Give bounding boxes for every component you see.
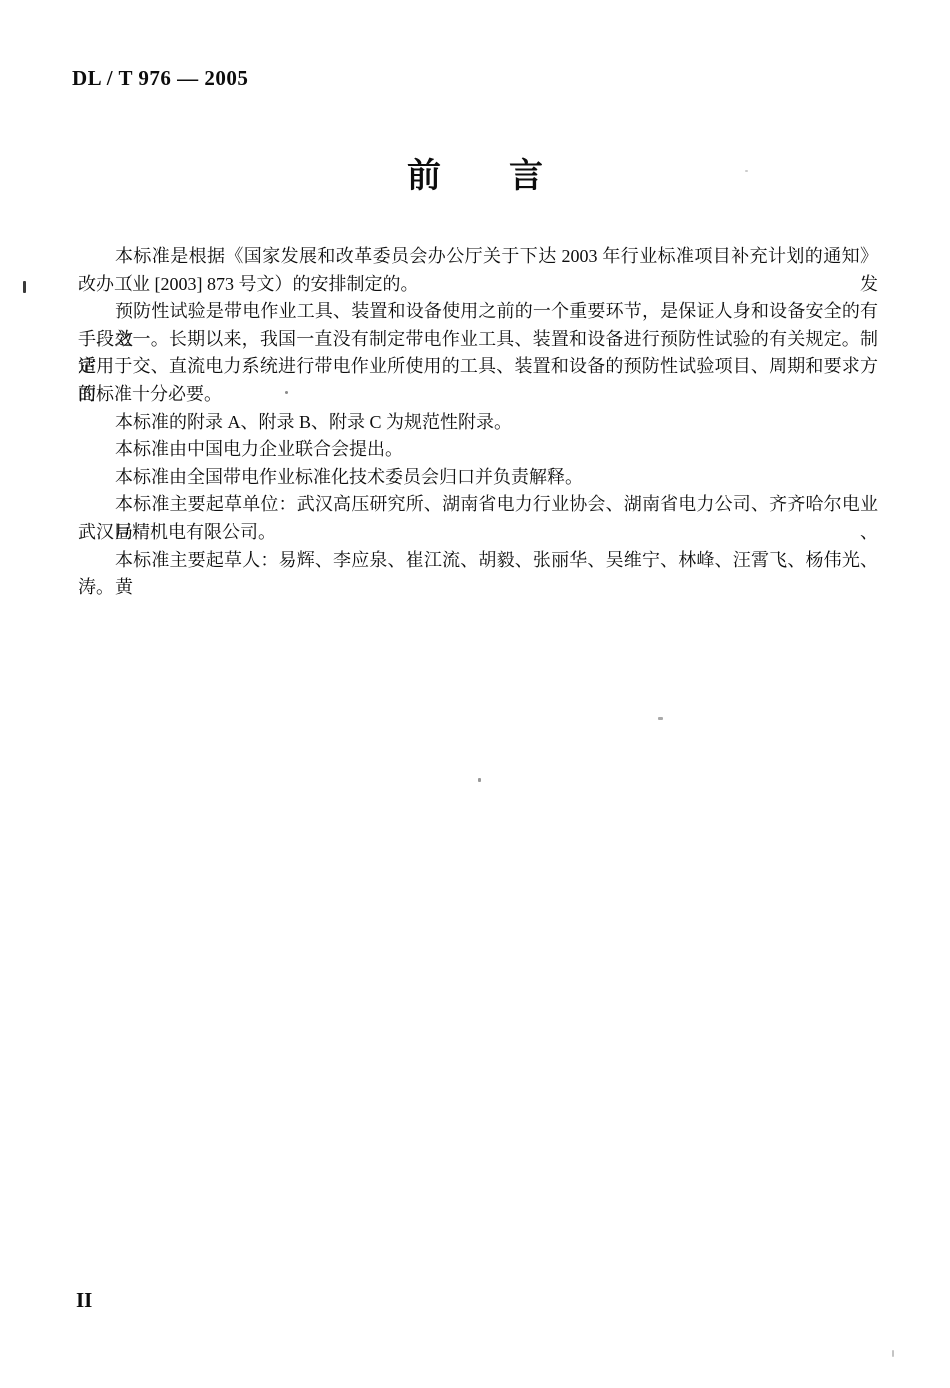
body-line: 适用于交、直流电力系统进行带电作业所使用的工具、装置和设备的预防性试验项目、周期… [78,353,878,381]
scan-artifact [23,281,26,293]
body-line: 本标准由全国带电作业标准化技术委员会归口并负责解释。 [78,464,878,492]
scan-artifact [658,717,663,720]
body-line: 涛。 [78,574,878,602]
document-page: DL / T 976 — 2005 前 言 本标准是根据《国家发展和改革委员会办… [0,0,950,1388]
scan-artifact [285,391,288,394]
body-line: 的标准十分必要。 [78,381,878,409]
body-line: 本标准是根据《国家发展和改革委员会办公厅关于下达 2003 年行业标准项目补充计… [78,243,878,271]
foreword-title: 前 言 [0,158,950,196]
body-line: 本标准由中国电力企业联合会提出。 [78,436,878,464]
body-line: 本标准主要起草人：易辉、李应泉、崔江流、胡毅、张丽华、吴维宁、林峰、汪霄飞、杨伟… [78,547,878,575]
body-line: 本标准主要起草单位：武汉高压研究所、湖南省电力行业协会、湖南省电力公司、齐齐哈尔… [78,491,878,519]
standard-number-header: DL / T 976 — 2005 [72,66,248,91]
scan-artifact [478,778,481,782]
foreword-body: 本标准是根据《国家发展和改革委员会办公厅关于下达 2003 年行业标准项目补充计… [78,243,878,602]
scan-artifact [892,1350,894,1357]
page-number: II [76,1288,92,1313]
body-line: 预防性试验是带电作业工具、装置和设备使用之前的一个重要环节，是保证人身和设备安全… [78,298,878,326]
body-line: 手段之一。长期以来，我国一直没有制定带电作业工具、装置和设备进行预防性试验的有关… [78,326,878,354]
scan-artifact [745,170,748,172]
body-line: 本标准的附录 A、附录 B、附录 C 为规范性附录。 [78,409,878,437]
